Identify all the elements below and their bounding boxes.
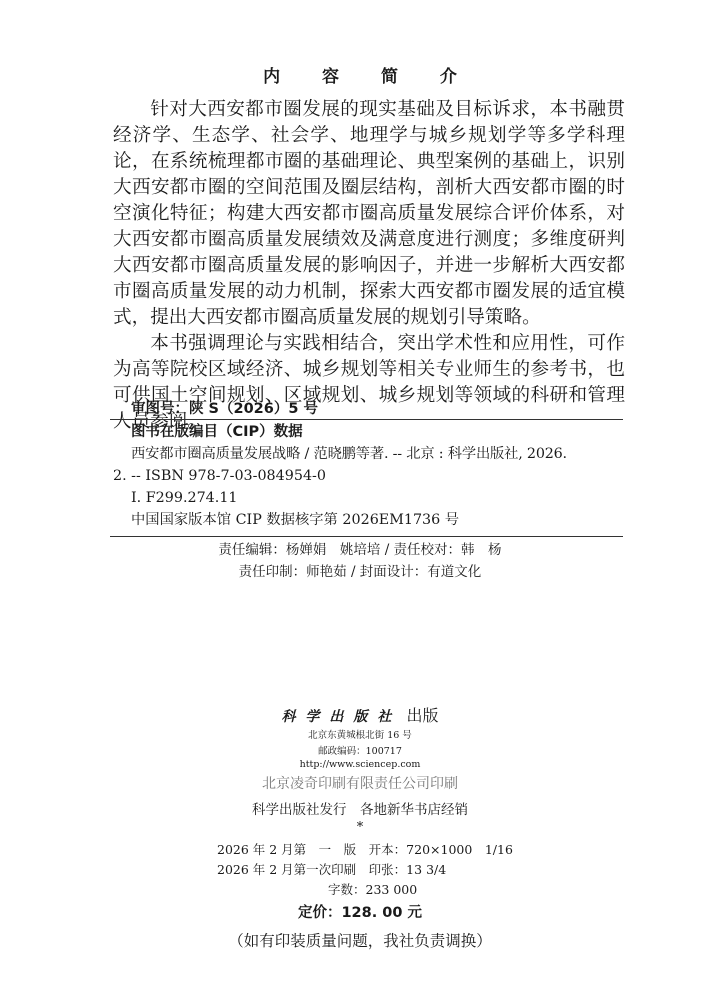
credits-editors: 责任编辑：杨婵娟 姚培培 / 责任校对：韩 杨 <box>0 539 720 561</box>
cip-record-number: 中国国家版本馆 CIP 数据核字第 2026EM1736 号 <box>113 509 625 531</box>
intro-paragraph-1: 针对大西安都市圈发展的现实基础及目标诉求，本书融贯经济学、生态学、社会学、地理学… <box>113 97 625 331</box>
distribution-line: 科学出版社发行 各地新华书店经销 <box>0 798 720 818</box>
publisher-line: 科学出版社 出版 <box>0 703 720 726</box>
quality-notice: （如有印装质量问题，我社负责调换） <box>0 929 720 951</box>
publisher-address: 北京东黄城根北街 16 号 <box>0 727 720 741</box>
credits-production: 责任印制：师艳茹 / 封面设计：有道文化 <box>0 561 720 583</box>
divider-bottom <box>110 536 623 537</box>
cip-classification: Ⅰ. F299.274.11 <box>113 487 625 509</box>
cip-isbn-line: 2. -- ISBN 978-7-03-084954-0 <box>113 465 625 487</box>
publisher-logo-calligraphy: 科学出版社 <box>281 709 401 725</box>
word-count: 字数：233 000 <box>328 880 417 898</box>
intro-text: 针对大西安都市圈发展的现实基础及目标诉求，本书融贯经济学、生态学、社会学、地理学… <box>113 97 625 435</box>
cip-title-line: 西安都市圈高质量发展战略 / 范晓鹏等著. -- 北京 : 科学出版社, 202… <box>113 443 625 465</box>
publisher-postcode: 邮政编码：100717 <box>0 743 720 757</box>
publisher-website: http://www.sciencep.com <box>0 759 720 770</box>
printing-line: 2026 年 2 月第一次印刷 印张：13 3/4 <box>217 860 446 878</box>
printer-line: 北京凌奇印刷有限责任公司印刷 <box>0 773 720 793</box>
edition-line: 2026 年 2 月第 一 版 开本：720×1000 1/16 <box>217 840 513 858</box>
publisher-suffix: 出版 <box>407 706 439 725</box>
separator-star: * <box>0 820 720 835</box>
credits-block: 责任编辑：杨婵娟 姚培培 / 责任校对：韩 杨 责任印制：师艳茹 / 封面设计：… <box>0 539 720 583</box>
map-approval-number: 审图号：陕 S（2026）5 号 <box>131 397 318 418</box>
divider-top <box>110 419 623 420</box>
section-title: 内 容 简 介 <box>0 62 720 87</box>
cip-heading: 图书在版编目（CIP）数据 <box>113 421 625 443</box>
price: 定价：128. 00 元 <box>0 901 720 922</box>
cip-block: 图书在版编目（CIP）数据 西安都市圈高质量发展战略 / 范晓鹏等著. -- 北… <box>113 421 625 531</box>
